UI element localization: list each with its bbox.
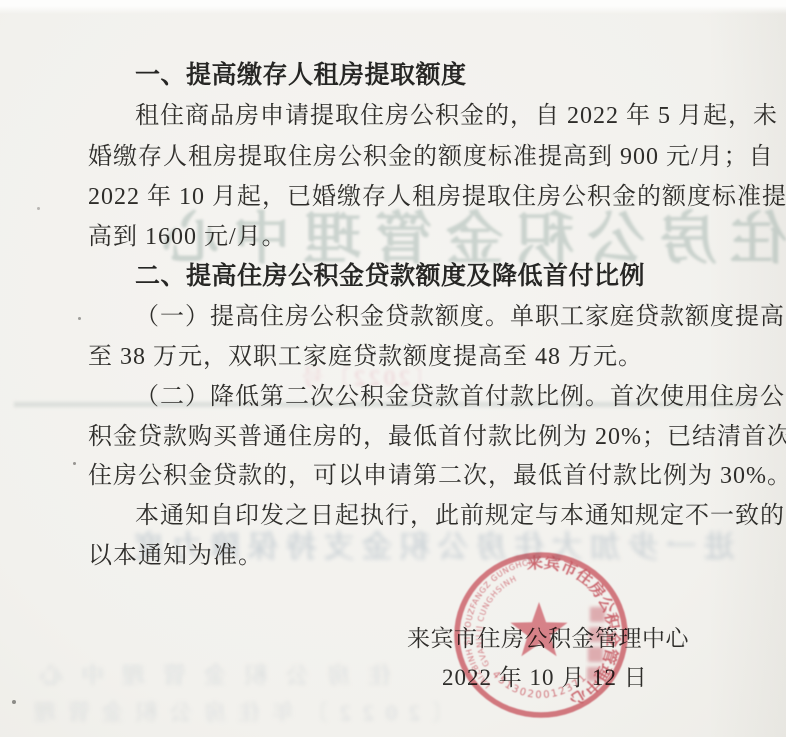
text-line-4: 2022 年 10 月起，已婚缴存人租房提取住房公积金的额度标准提: [88, 176, 786, 211]
date-line: 2022 年 10 月 12 日: [442, 659, 648, 692]
text-line-8: 至 38 万元，双职工家庭贷款额度提高至 48 万元。: [88, 336, 643, 371]
text-line-9: （二）降低第二次公积金贷款首付款比例。首次使用住房公: [135, 376, 785, 411]
text-line-5: 高到 1600 元/月。: [88, 216, 287, 251]
text-line-3: 婚缴存人租房提取住房公积金的额度标准提高到 900 元/月；自: [88, 136, 774, 171]
text-line-10: 积金贷款购买普通住房的，最低首付款比例为 20%；已结清首次: [88, 416, 786, 451]
text-line-12: 本通知自印发之日起执行，此前规定与本通知规定不一致的，: [135, 495, 786, 530]
text-line-2: 租住商品房申请提取住房公积金的，自 2022 年 5 月起，未: [135, 95, 778, 130]
scanned-notice-page: 住房公积金管理中心 〔2022〕号 进一步加大住房公积金支持保障力度 住房公积金…: [0, 0, 786, 737]
text-line-11: 住房公积金贷款的，可以申请第二次，最低首付款比例为 30%。: [88, 455, 786, 490]
scan-speck: [73, 462, 76, 465]
text-line-13: 以本通知为准。: [88, 535, 263, 570]
document-body: 一、提高缴存人租房提取额度租住商品房申请提取住房公积金的，自 2022 年 5 …: [0, 0, 786, 737]
scan-speck: [78, 317, 81, 320]
signature-line: 来宾市住房公积金管理中心: [407, 620, 689, 653]
scan-speck: [12, 700, 16, 704]
text-line-7: （一）提高住房公积金贷款额度。单职工家庭贷款额度提高: [135, 296, 785, 331]
scan-speck: [37, 207, 40, 210]
scan-speck: [115, 226, 117, 229]
text-line-6: 二、提高住房公积金贷款额度及降低首付比例: [135, 256, 645, 292]
text-line-1: 一、提高缴存人租房提取额度: [135, 55, 467, 91]
